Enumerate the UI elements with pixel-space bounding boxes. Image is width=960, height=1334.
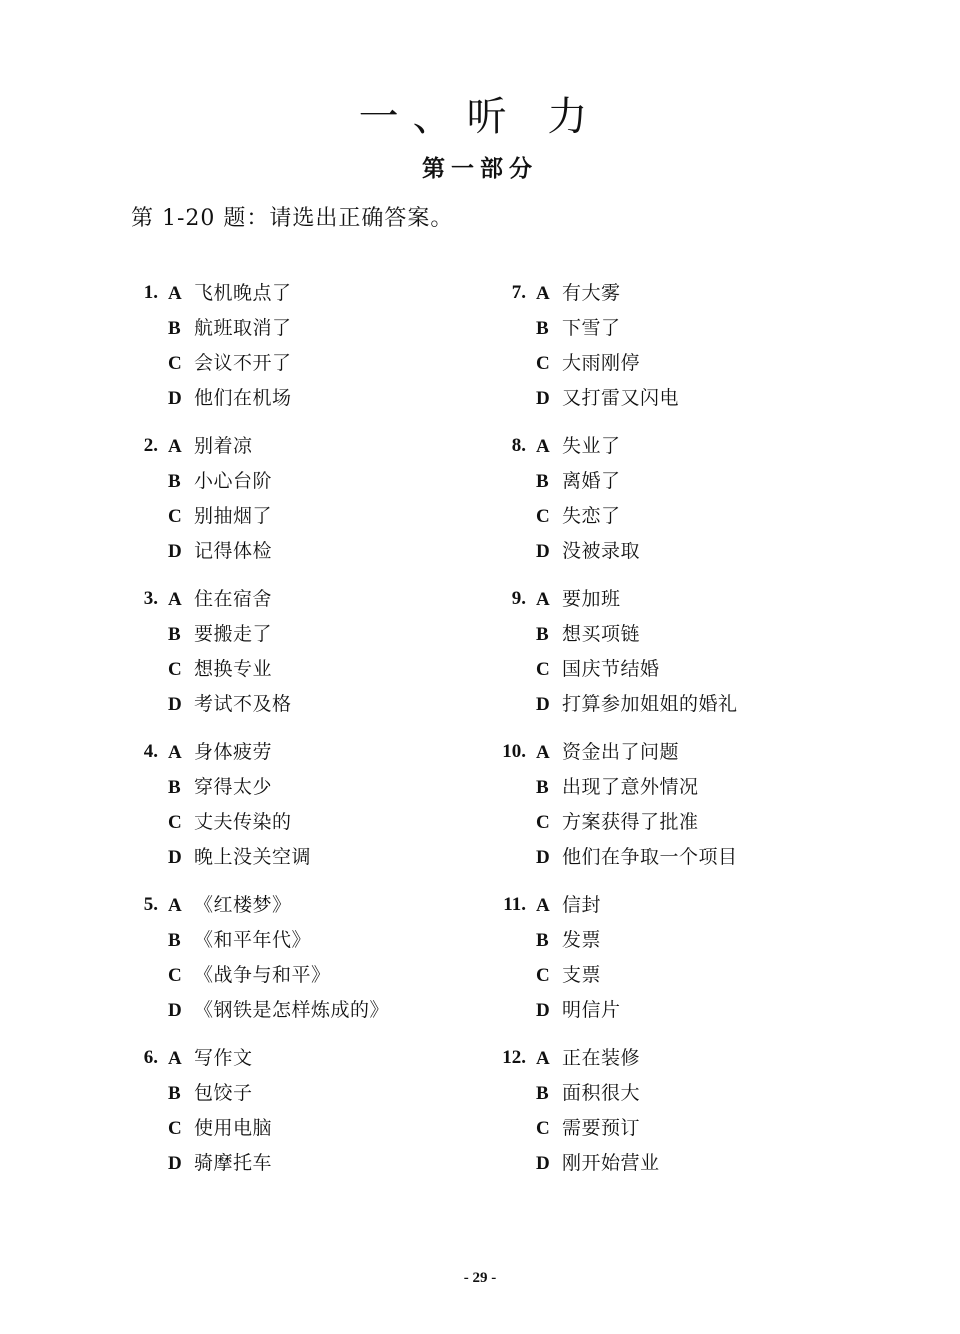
option-text: 下雪了 — [562, 317, 621, 339]
option-d: D他们在争取一个项目 — [536, 842, 738, 872]
option-c: C别抽烟了 — [168, 501, 272, 531]
option-a: A飞机晚点了 — [168, 278, 292, 308]
option-letter: C — [168, 808, 194, 838]
option-letter: D — [168, 384, 194, 414]
option-letter: D — [168, 996, 194, 1026]
option-text: 面积很大 — [562, 1082, 640, 1104]
question-number: 10. — [496, 737, 526, 767]
option-text: 明信片 — [562, 999, 621, 1021]
option-letter: C — [536, 1114, 562, 1144]
option-text: 晚上没关空调 — [194, 846, 311, 868]
option-c: C需要预订 — [536, 1113, 640, 1143]
option-letter: D — [536, 537, 562, 567]
option-a: A身体疲劳 — [168, 737, 272, 767]
option-letter: A — [536, 891, 562, 921]
option-c: C失恋了 — [536, 501, 621, 531]
option-text: 飞机晚点了 — [194, 282, 292, 304]
question-number: 7. — [496, 278, 526, 308]
option-text: 别着凉 — [194, 435, 253, 457]
option-letter: D — [536, 384, 562, 414]
option-text: 包饺子 — [194, 1082, 253, 1104]
option-b: B离婚了 — [536, 466, 621, 496]
question-number: 5. — [128, 890, 158, 920]
option-d: D考试不及格 — [168, 689, 292, 719]
option-c: C《战争与和平》 — [168, 960, 331, 990]
option-letter: D — [536, 843, 562, 873]
option-b: B发票 — [536, 925, 601, 955]
option-b: B航班取消了 — [168, 313, 292, 343]
option-a: A《红楼梦》 — [168, 890, 292, 920]
option-letter: A — [168, 891, 194, 921]
option-b: B小心台阶 — [168, 466, 272, 496]
option-c: C国庆节结婚 — [536, 654, 660, 684]
option-letter: C — [168, 1114, 194, 1144]
option-c: C会议不开了 — [168, 348, 292, 378]
question-number: 9. — [496, 584, 526, 614]
question-number: 8. — [496, 431, 526, 461]
option-letter: B — [168, 620, 194, 650]
option-b: B要搬走了 — [168, 619, 272, 649]
option-a: A别着凉 — [168, 431, 253, 461]
option-c: C支票 — [536, 960, 601, 990]
option-letter: D — [536, 1149, 562, 1179]
option-letter: A — [168, 279, 194, 309]
option-text: 穿得太少 — [194, 776, 272, 798]
option-text: 写作文 — [194, 1047, 253, 1069]
question-number: 4. — [128, 737, 158, 767]
option-text: 需要预订 — [562, 1117, 640, 1139]
option-b: B包饺子 — [168, 1078, 253, 1108]
option-a: A写作文 — [168, 1043, 253, 1073]
option-text: 有大雾 — [562, 282, 621, 304]
question-number: 12. — [496, 1043, 526, 1073]
option-a: A要加班 — [536, 584, 621, 614]
option-c: C方案获得了批准 — [536, 807, 699, 837]
question-number: 3. — [128, 584, 158, 614]
part-title: 第一部分 — [0, 154, 960, 184]
option-text: 航班取消了 — [194, 317, 292, 339]
option-text: 信封 — [562, 894, 601, 916]
option-b: B下雪了 — [536, 313, 621, 343]
option-d: D没被录取 — [536, 536, 640, 566]
question-number: 2. — [128, 431, 158, 461]
option-letter: A — [536, 432, 562, 462]
option-text: 丈夫传染的 — [194, 811, 292, 833]
option-letter: C — [536, 655, 562, 685]
option-b: B面积很大 — [536, 1078, 640, 1108]
option-letter: A — [536, 279, 562, 309]
option-letter: C — [168, 655, 194, 685]
option-text: 小心台阶 — [194, 470, 272, 492]
option-text: 要加班 — [562, 588, 621, 610]
option-b: B《和平年代》 — [168, 925, 311, 955]
question-number: 11. — [496, 890, 526, 920]
option-letter: A — [536, 585, 562, 615]
option-text: 刚开始营业 — [562, 1152, 660, 1174]
option-letter: B — [536, 773, 562, 803]
option-text: 他们在机场 — [194, 387, 292, 409]
option-letter: B — [168, 467, 194, 497]
option-letter: B — [536, 926, 562, 956]
option-d: D明信片 — [536, 995, 621, 1025]
option-text: 资金出了问题 — [562, 741, 679, 763]
option-c: C大雨刚停 — [536, 348, 640, 378]
option-letter: D — [168, 1149, 194, 1179]
option-text: 使用电脑 — [194, 1117, 272, 1139]
option-letter: C — [168, 961, 194, 991]
option-letter: D — [168, 843, 194, 873]
option-d: D刚开始营业 — [536, 1148, 660, 1178]
question-number: 1. — [128, 278, 158, 308]
instructions: 第 1-20 题：请选出正确答案。 — [131, 204, 453, 234]
option-b: B出现了意外情况 — [536, 772, 699, 802]
option-text: 《战争与和平》 — [194, 964, 331, 986]
option-a: A信封 — [536, 890, 601, 920]
option-text: 发票 — [562, 929, 601, 951]
option-c: C丈夫传染的 — [168, 807, 292, 837]
option-text: 要搬走了 — [194, 623, 272, 645]
option-d: D他们在机场 — [168, 383, 292, 413]
option-letter: C — [536, 502, 562, 532]
page-number: - 29 - — [0, 1270, 960, 1287]
option-text: 《钢铁是怎样炼成的》 — [194, 999, 389, 1021]
option-text: 出现了意外情况 — [562, 776, 699, 798]
option-text: 国庆节结婚 — [562, 658, 660, 680]
option-a: A正在装修 — [536, 1043, 640, 1073]
option-text: 考试不及格 — [194, 693, 292, 715]
option-a: A资金出了问题 — [536, 737, 679, 767]
section-title: 一、听 力 — [0, 92, 960, 142]
option-text: 想买项链 — [562, 623, 640, 645]
option-letter: B — [168, 926, 194, 956]
option-letter: C — [168, 502, 194, 532]
option-text: 又打雷又闪电 — [562, 387, 679, 409]
option-letter: A — [168, 585, 194, 615]
option-letter: D — [168, 690, 194, 720]
option-text: 《和平年代》 — [194, 929, 311, 951]
option-text: 会议不开了 — [194, 352, 292, 374]
option-text: 支票 — [562, 964, 601, 986]
option-letter: A — [536, 738, 562, 768]
option-letter: D — [168, 537, 194, 567]
option-a: A住在宿舍 — [168, 584, 272, 614]
option-letter: B — [536, 314, 562, 344]
option-d: D打算参加姐姐的婚礼 — [536, 689, 738, 719]
option-letter: B — [168, 773, 194, 803]
option-letter: B — [168, 314, 194, 344]
option-letter: A — [536, 1044, 562, 1074]
option-d: D晚上没关空调 — [168, 842, 311, 872]
option-letter: D — [536, 690, 562, 720]
option-letter: D — [536, 996, 562, 1026]
option-text: 《红楼梦》 — [194, 894, 292, 916]
option-text: 记得体检 — [194, 540, 272, 562]
option-letter: A — [168, 1044, 194, 1074]
option-text: 他们在争取一个项目 — [562, 846, 738, 868]
option-c: C想换专业 — [168, 654, 272, 684]
option-d: D记得体检 — [168, 536, 272, 566]
option-a: A失业了 — [536, 431, 621, 461]
option-text: 身体疲劳 — [194, 741, 272, 763]
option-text: 离婚了 — [562, 470, 621, 492]
option-a: A有大雾 — [536, 278, 621, 308]
option-text: 骑摩托车 — [194, 1152, 272, 1174]
option-letter: C — [536, 349, 562, 379]
option-text: 方案获得了批准 — [562, 811, 699, 833]
option-text: 住在宿舍 — [194, 588, 272, 610]
option-letter: C — [536, 961, 562, 991]
option-text: 没被录取 — [562, 540, 640, 562]
option-b: B想买项链 — [536, 619, 640, 649]
option-letter: C — [536, 808, 562, 838]
option-d: D骑摩托车 — [168, 1148, 272, 1178]
option-d: D《钢铁是怎样炼成的》 — [168, 995, 389, 1025]
option-letter: A — [168, 432, 194, 462]
option-text: 失恋了 — [562, 505, 621, 527]
option-text: 打算参加姐姐的婚礼 — [562, 693, 738, 715]
option-text: 失业了 — [562, 435, 621, 457]
option-letter: C — [168, 349, 194, 379]
question-number: 6. — [128, 1043, 158, 1073]
option-letter: B — [536, 620, 562, 650]
option-c: C使用电脑 — [168, 1113, 272, 1143]
option-text: 正在装修 — [562, 1047, 640, 1069]
option-letter: A — [168, 738, 194, 768]
option-letter: B — [536, 1079, 562, 1109]
option-b: B穿得太少 — [168, 772, 272, 802]
option-text: 别抽烟了 — [194, 505, 272, 527]
option-d: D又打雷又闪电 — [536, 383, 679, 413]
option-text: 大雨刚停 — [562, 352, 640, 374]
option-letter: B — [536, 467, 562, 497]
option-text: 想换专业 — [194, 658, 272, 680]
option-letter: B — [168, 1079, 194, 1109]
